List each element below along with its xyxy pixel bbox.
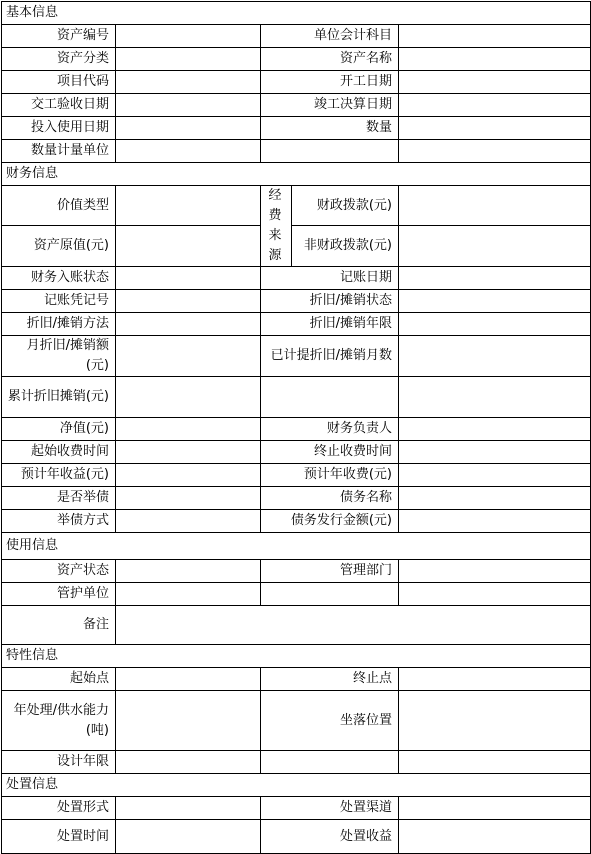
- section-title-basic: 基本信息: [2, 2, 591, 25]
- empty-value-cell: [399, 751, 591, 774]
- section-title-usage: 使用信息: [2, 533, 591, 560]
- label-depreciated-months: 已计提折旧/摊销月数: [261, 336, 399, 377]
- field-disposal-form[interactable]: [116, 797, 261, 820]
- field-acceptance-date[interactable]: [116, 94, 261, 117]
- field-annual-capacity[interactable]: [116, 691, 261, 751]
- label-annual-capacity: 年处理/供水能力(吨): [2, 691, 116, 751]
- label-debt-method: 举债方式: [2, 510, 116, 533]
- label-depreciation-status: 折旧/摊销状态: [261, 290, 399, 313]
- empty-value-cell: [399, 583, 591, 606]
- fund-source-char: 费: [265, 206, 285, 226]
- label-booking-date: 记账日期: [261, 267, 399, 290]
- label-in-use-date: 投入使用日期: [2, 117, 116, 140]
- section-title-feature: 特性信息: [2, 645, 591, 668]
- empty-label-cell: [261, 751, 399, 774]
- label-end-point: 终止点: [261, 668, 399, 691]
- asset-info-form: 基本信息 资产编号 单位会计科目 资产分类 资产名称 项目代码 开工日期 交工验…: [1, 1, 591, 853]
- label-value-type: 价值类型: [2, 186, 116, 226]
- label-expected-annual-income: 预计年收益(元): [2, 464, 116, 487]
- label-is-debt-financed: 是否举债: [2, 487, 116, 510]
- section-title-disposal: 处置信息: [2, 774, 591, 797]
- field-depreciation-method[interactable]: [116, 313, 261, 336]
- label-remarks: 备注: [2, 606, 116, 645]
- label-disposal-form: 处置形式: [2, 797, 116, 820]
- label-voucher-number: 记账凭记号: [2, 290, 116, 313]
- label-quantity: 数量: [261, 117, 399, 140]
- field-quantity-unit[interactable]: [116, 140, 261, 163]
- label-start-point: 起始点: [2, 668, 116, 691]
- field-booking-date[interactable]: [399, 267, 591, 290]
- label-net-value: 净值(元): [2, 418, 116, 441]
- label-location: 坐落位置: [261, 691, 399, 751]
- field-remarks[interactable]: [116, 606, 591, 645]
- field-asset-category[interactable]: [116, 48, 261, 71]
- field-value-type[interactable]: [116, 186, 261, 226]
- field-accounting-subject[interactable]: [399, 25, 591, 48]
- field-design-life[interactable]: [116, 751, 261, 774]
- fund-source-char: 来: [265, 226, 285, 246]
- field-depreciated-months[interactable]: [399, 336, 591, 377]
- field-voucher-number[interactable]: [116, 290, 261, 313]
- field-debt-name[interactable]: [399, 487, 591, 510]
- field-debt-method[interactable]: [116, 510, 261, 533]
- field-in-use-date[interactable]: [116, 117, 261, 140]
- empty-label-cell: [261, 377, 399, 418]
- field-start-date[interactable]: [399, 71, 591, 94]
- section-title-finance: 财务信息: [2, 163, 591, 186]
- fund-source-char: 源: [265, 246, 285, 266]
- label-fee-start-time: 起始收费时间: [2, 441, 116, 464]
- label-asset-name: 资产名称: [261, 48, 399, 71]
- label-monthly-depreciation: 月折旧/摊销额(元): [2, 336, 116, 377]
- field-monthly-depreciation[interactable]: [116, 336, 261, 377]
- label-asset-category: 资产分类: [2, 48, 116, 71]
- field-asset-name[interactable]: [399, 48, 591, 71]
- field-custodian-unit[interactable]: [116, 583, 261, 606]
- label-asset-number: 资产编号: [2, 25, 116, 48]
- empty-value-cell: [399, 377, 591, 418]
- field-is-debt-financed[interactable]: [116, 487, 261, 510]
- label-finance-manager: 财务负责人: [261, 418, 399, 441]
- field-non-fiscal-allocation[interactable]: [399, 226, 591, 267]
- label-disposal-time: 处置时间: [2, 820, 116, 854]
- label-final-accounts-date: 竣工决算日期: [261, 94, 399, 117]
- label-debt-issue-amount: 债务发行金额(元): [261, 510, 399, 533]
- label-quantity-unit: 数量计量单位: [2, 140, 116, 163]
- label-depreciation-method: 折旧/摊销方法: [2, 313, 116, 336]
- label-disposal-channel: 处置渠道: [261, 797, 399, 820]
- field-expected-annual-fee[interactable]: [399, 464, 591, 487]
- label-non-fiscal-allocation: 非财政拨款(元): [292, 226, 399, 267]
- field-disposal-channel[interactable]: [399, 797, 591, 820]
- label-disposal-income: 处置收益: [261, 820, 399, 854]
- empty-label-cell: [261, 140, 399, 163]
- label-depreciation-years: 折旧/摊销年限: [261, 313, 399, 336]
- field-start-point[interactable]: [116, 668, 261, 691]
- label-fiscal-allocation: 财政拨款(元): [292, 186, 399, 226]
- field-end-point[interactable]: [399, 668, 591, 691]
- field-accumulated-depreciation[interactable]: [116, 377, 261, 418]
- label-start-date: 开工日期: [261, 71, 399, 94]
- label-accounting-subject: 单位会计科目: [261, 25, 399, 48]
- field-expected-annual-income[interactable]: [116, 464, 261, 487]
- empty-value-cell: [399, 140, 591, 163]
- label-accounting-status: 财务入账状态: [2, 267, 116, 290]
- label-asset-status: 资产状态: [2, 560, 116, 583]
- label-expected-annual-fee: 预计年收费(元): [261, 464, 399, 487]
- label-custodian-unit: 管护单位: [2, 583, 116, 606]
- label-project-code: 项目代码: [2, 71, 116, 94]
- label-acceptance-date: 交工验收日期: [2, 94, 116, 117]
- field-management-department[interactable]: [399, 560, 591, 583]
- field-net-value[interactable]: [116, 418, 261, 441]
- field-fee-start-time[interactable]: [116, 441, 261, 464]
- label-accumulated-depreciation: 累计折旧摊销(元): [2, 377, 116, 418]
- field-disposal-income[interactable]: [399, 820, 591, 854]
- label-design-life: 设计年限: [2, 751, 116, 774]
- field-project-code[interactable]: [116, 71, 261, 94]
- field-depreciation-years[interactable]: [399, 313, 591, 336]
- field-fee-end-time[interactable]: [399, 441, 591, 464]
- field-disposal-time[interactable]: [116, 820, 261, 854]
- field-depreciation-status[interactable]: [399, 290, 591, 313]
- field-debt-issue-amount[interactable]: [399, 510, 591, 533]
- field-fiscal-allocation[interactable]: [399, 186, 591, 226]
- field-original-value[interactable]: [116, 226, 261, 267]
- field-quantity[interactable]: [399, 117, 591, 140]
- field-finance-manager[interactable]: [399, 418, 591, 441]
- field-location[interactable]: [399, 691, 591, 751]
- field-accounting-status[interactable]: [116, 267, 261, 290]
- fund-source-char: 经: [265, 186, 285, 206]
- label-fee-end-time: 终止收费时间: [261, 441, 399, 464]
- label-fund-source: 经 费 来 源: [261, 186, 292, 267]
- field-asset-number[interactable]: [116, 25, 261, 48]
- field-asset-status[interactable]: [116, 560, 261, 583]
- empty-label-cell: [261, 583, 399, 606]
- label-debt-name: 债务名称: [261, 487, 399, 510]
- label-original-value: 资产原值(元): [2, 226, 116, 267]
- label-management-department: 管理部门: [261, 560, 399, 583]
- field-final-accounts-date[interactable]: [399, 94, 591, 117]
